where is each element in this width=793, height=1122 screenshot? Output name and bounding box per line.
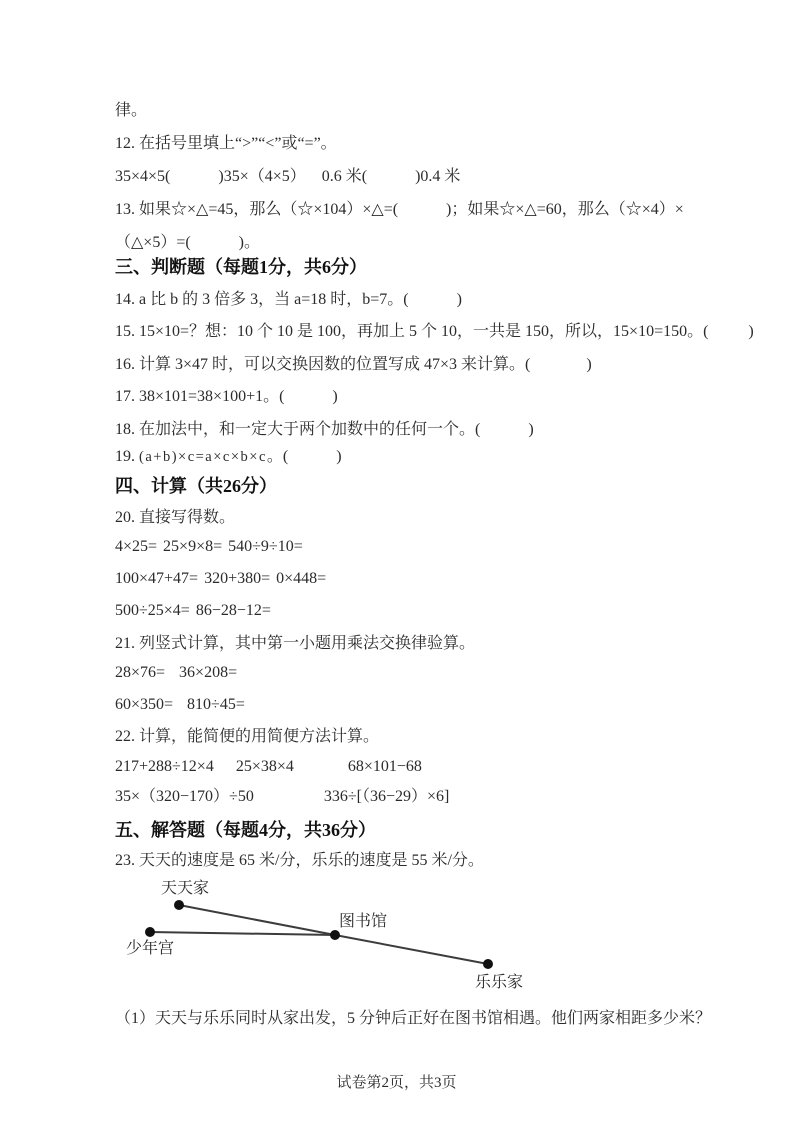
expression: 60×350= [115,695,173,715]
tiantian-home-dot [174,900,184,910]
question-20-row-1: 4×25= 25×9×8= 540÷9÷10= [115,537,309,557]
expression: 68×101−68 [348,757,422,777]
section-5-solve-title: 五、解答题（每题4分，共36分） [115,819,376,842]
expression: 25×9×8= [163,537,222,557]
expression: 336÷[（36−29）×6] [324,787,450,807]
expression: 500÷25×4= [115,601,190,621]
expression: 320+380= [204,569,270,589]
lele-home-label: 乐乐家 [475,974,523,992]
exam-paper-page: 律。 12. 在括号里填上“>”“<”或“=”。 35×4×5( )35×（4×… [0,0,793,1122]
question-19-tail: 。( ) [267,448,342,465]
section-4-calc-title: 四、计算（共26分） [115,475,277,498]
youth-palace-dot [145,927,155,937]
question-22-row-2: 35×（320−170）÷50 336÷[（36−29）×6] [115,787,449,807]
library-label: 图书馆 [339,913,387,931]
question-20-row-3: 500÷25×4= 86−28−12= [115,601,277,621]
carryover-text: 律。 [115,101,147,121]
expression: 810÷45= [187,695,245,715]
question-12: 12. 在括号里填上“>”“<”或“=”。 [115,134,337,154]
tiantian-home-label: 天天家 [161,880,209,898]
expression: 0×448= [276,569,326,589]
question-21-row-1: 28×76= 36×208= [115,663,251,683]
route-tiantian-to-library [179,905,335,935]
route-library-to-lele [335,935,488,964]
expression: 540÷9÷10= [228,537,303,557]
question-19: 19. (a+b)×c=a×c×b×c。( ) [115,447,342,467]
question-18: 18. 在加法中，和一定大于两个加数中的任何一个。( ) [115,420,534,440]
expression: 4×25= [115,537,157,557]
question-20-row-2: 100×47+47= 320+380= 0×448= [115,569,332,589]
question-23: 23. 天天的速度是 65 米/分，乐乐的速度是 55 米/分。 [115,851,484,871]
expression: 25×38×4 [236,757,294,777]
question-21-row-2: 60×350= 810÷45= [115,695,259,715]
question-15: 15. 15×10=？想：10 个 10 是 100，再加上 5 个 10，一共… [115,322,754,342]
expression: 100×47+47= [115,569,198,589]
expression: 36×208= [179,663,237,683]
question-22-label: 22. 计算，能简便的用简便方法计算。 [115,727,379,747]
question-23-sub1: （1）天天与乐乐同时从家出发，5 分钟后正好在图书馆相遇。他们两家相距多少米？ [115,1009,711,1029]
expression: 86−28−12= [196,601,271,621]
question-13-line2: （△×5）=( )。 [115,233,260,253]
question-13-line1: 13. 如果☆×△=45，那么（☆×104）×△=( )；如果☆×△=60，那么… [115,200,684,220]
route-palace-to-library [150,932,335,935]
lele-home-dot [483,959,493,969]
route-diagram: 天天家 少年宫 图书馆 乐乐家 [115,875,535,1003]
expression: 217+288÷12×4 [115,757,214,777]
question-22-row-1: 217+288÷12×4 25×38×4 68×101−68 [115,757,422,777]
question-12-blanks-row: 35×4×5( )35×（4×5） 0.6 米( )0.4 米 [115,167,460,187]
question-14: 14. a 比 b 的 3 倍多 3，当 a=18 时，b=7。( ) [115,290,462,310]
question-19-number: 19. [115,448,139,465]
expression: 28×76= [115,663,165,683]
library-dot [330,930,340,940]
page-footer: 试卷第2页，共3页 [0,1071,793,1092]
question-17: 17. 38×101=38×100+1。( ) [115,387,338,407]
question-19-formula: (a+b)×c=a×c×b×c [139,449,267,465]
youth-palace-label: 少年宫 [126,940,174,958]
question-21-label: 21. 列竖式计算，其中第一小题用乘法交换律验算。 [115,634,475,654]
question-20-label: 20. 直接写得数。 [115,508,235,528]
expression: 35×（320−170）÷50 [115,787,254,807]
question-16: 16. 计算 3×47 时，可以交换因数的位置写成 47×3 来计算。( ) [115,355,592,375]
section-3-judge-title: 三、判断题（每题1分，共6分） [115,256,367,279]
